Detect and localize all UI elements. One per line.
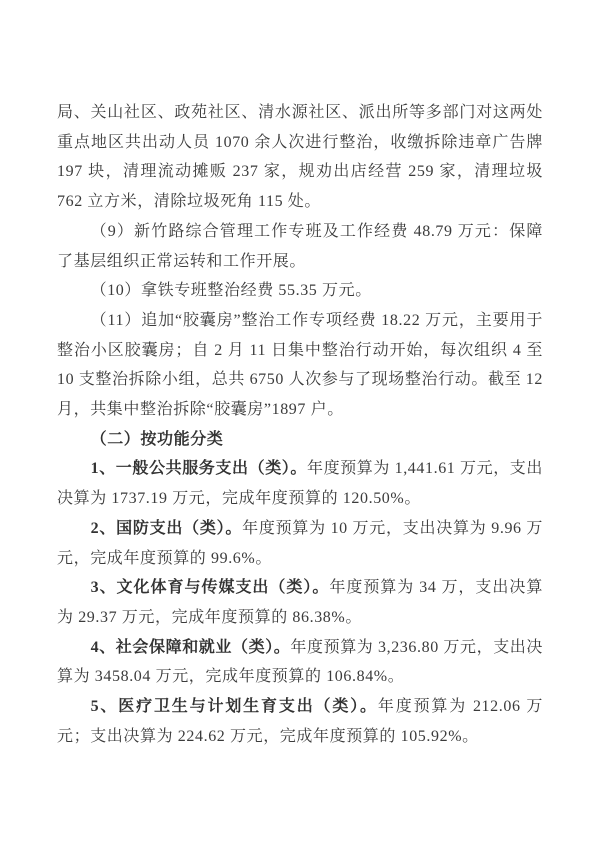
paragraph-item-11: （11）追加“胶囊房”整治工作专项经费 18.22 万元，主要用于整治小区胶囊房…: [57, 306, 543, 425]
paragraph-func-item-3: 3、文化体育与传媒支出（类）。年度预算为 34 万，支出决算为 29.37 万元…: [57, 573, 543, 632]
item-lead-bold: 2、国防支出（类）。: [91, 520, 242, 537]
paragraph-func-item-4: 4、社会保障和就业（类）。年度预算为 3,236.80 万元，支出决算为 345…: [57, 633, 543, 692]
paragraph-text: （9）新竹路综合管理工作专班及工作经费 48.79 万元：保障了基层组织正常运转…: [57, 223, 543, 270]
item-lead-bold: 1、一般公共服务支出（类）。: [91, 460, 307, 477]
paragraph-item-10: （10）拿铁专班整治经费 55.35 万元。: [57, 276, 543, 306]
paragraph-text: 局、关山社区、政苑社区、清水源社区、派出所等多部门对这两处重点地区共出动人员 1…: [57, 104, 543, 210]
document-page: 局、关山社区、政苑社区、清水源社区、派出所等多部门对这两处重点地区共出动人员 1…: [0, 0, 600, 848]
paragraph-func-item-2: 2、国防支出（类）。年度预算为 10 万元，支出决算为 9.96 万元，完成年度…: [57, 514, 543, 573]
paragraph-func-item-5: 5、医疗卫生与计划生育支出（类）。年度预算为 212.06 万元；支出决算为 2…: [57, 692, 543, 751]
paragraph-text: （11）追加“胶囊房”整治工作专项经费 18.22 万元，主要用于整治小区胶囊房…: [57, 312, 543, 418]
paragraph-func-item-1: 1、一般公共服务支出（类）。年度预算为 1,441.61 万元，支出决算为 17…: [57, 454, 543, 513]
section-heading-by-function: （二）按功能分类: [57, 425, 543, 455]
item-lead-bold: 3、文化体育与传媒支出（类）。: [91, 579, 330, 596]
section-heading-text: （二）按功能分类: [91, 431, 224, 448]
item-lead-bold: 5、医疗卫生与计划生育支出（类）。: [91, 698, 378, 715]
paragraph-continuation: 局、关山社区、政苑社区、清水源社区、派出所等多部门对这两处重点地区共出动人员 1…: [57, 98, 543, 217]
paragraph-text: （10）拿铁专班整治经费 55.35 万元。: [91, 282, 372, 299]
item-lead-bold: 4、社会保障和就业（类）。: [91, 639, 291, 656]
paragraph-item-9: （9）新竹路综合管理工作专班及工作经费 48.79 万元：保障了基层组织正常运转…: [57, 217, 543, 276]
